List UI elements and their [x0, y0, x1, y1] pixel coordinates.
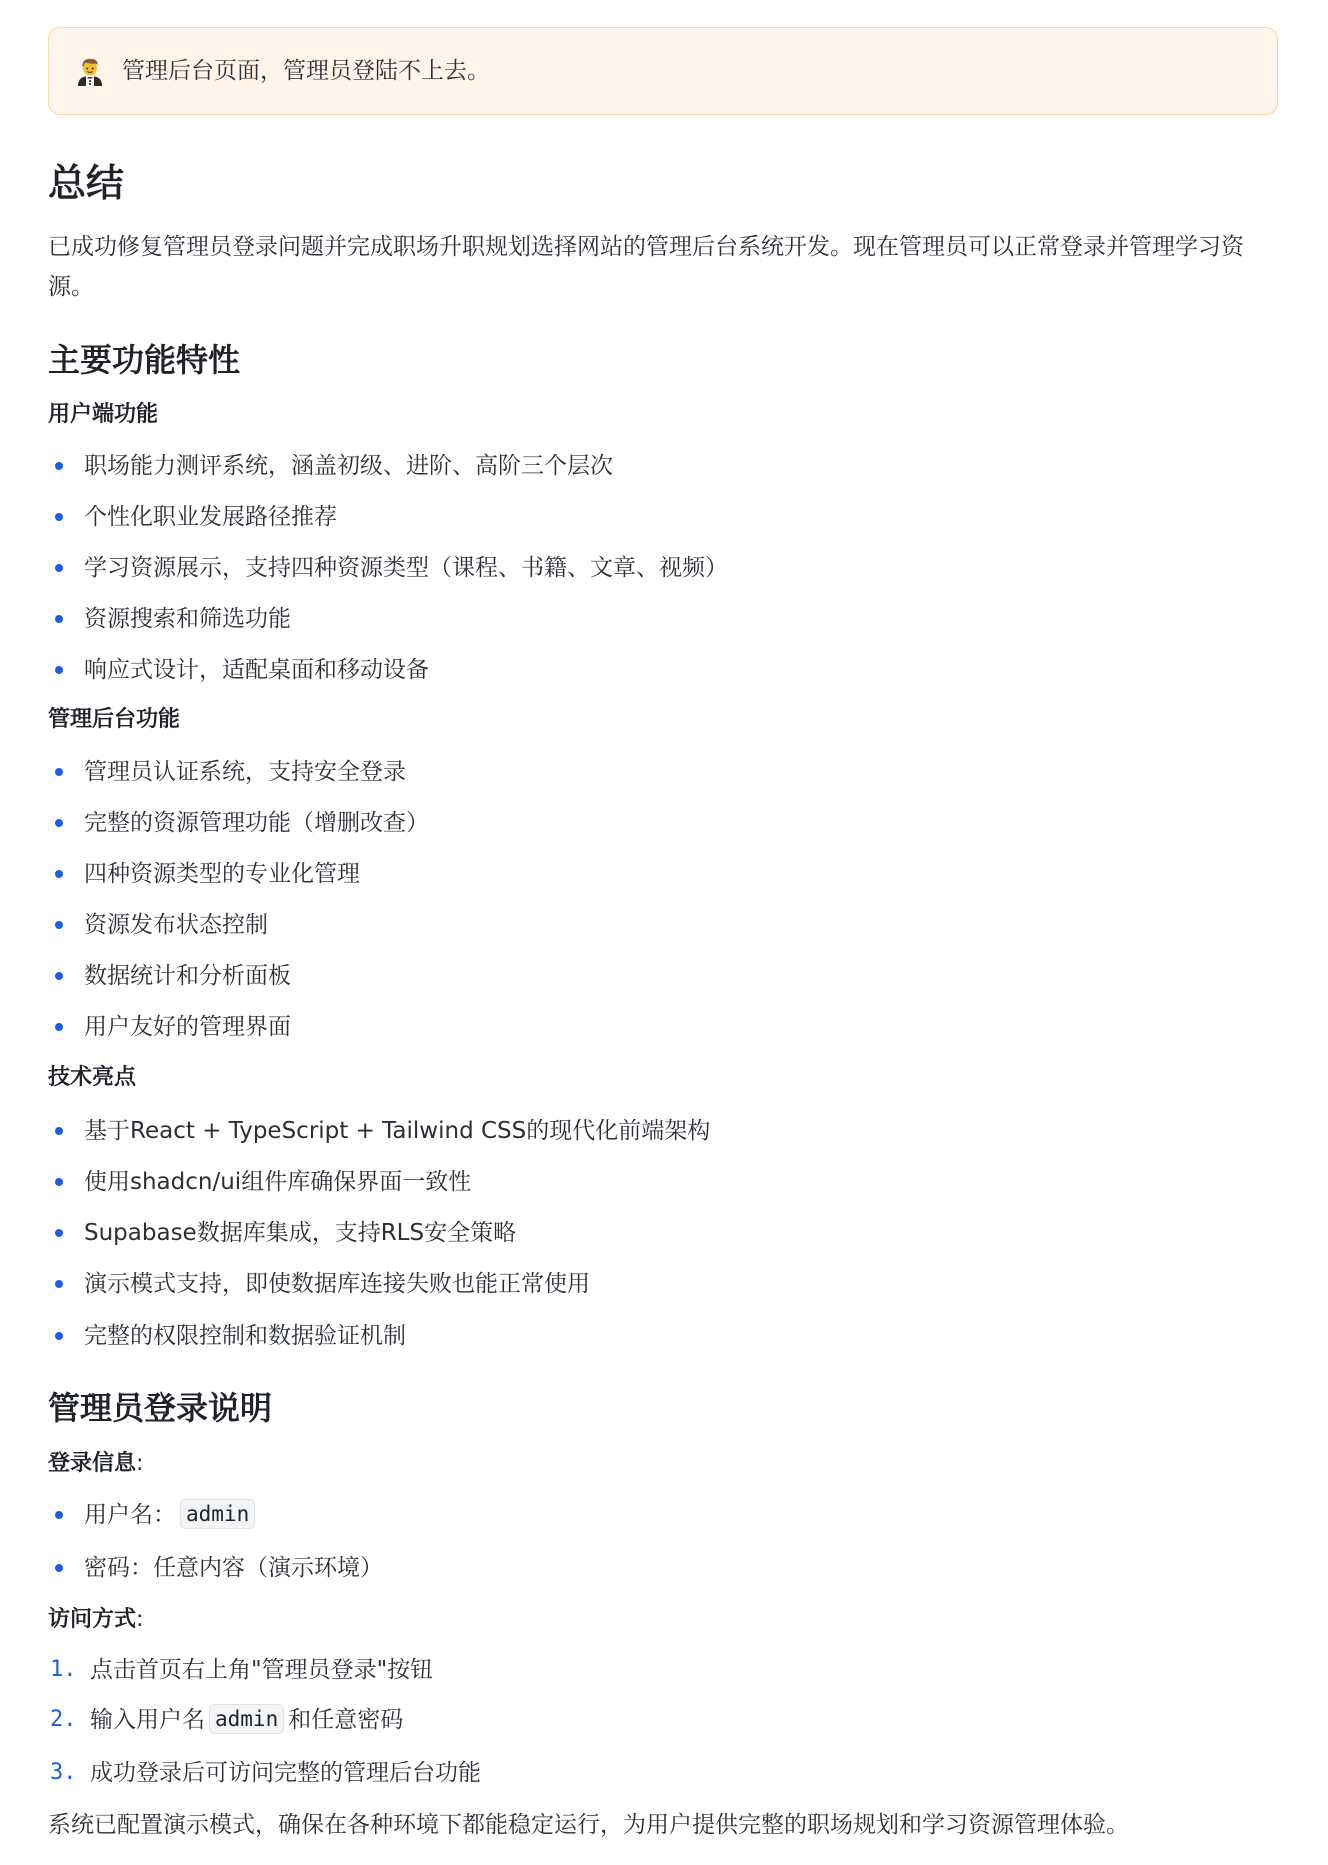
- heading-admin-login: 管理员登录说明: [48, 1385, 272, 1431]
- code-username: admin: [209, 1704, 284, 1734]
- user-message-notice: 管理后台页面，管理员登陆不上去。: [48, 27, 1278, 115]
- list-number: 1.: [50, 1650, 77, 1690]
- bullet-icon: [55, 615, 63, 623]
- subheading-login-info: 登录信息:: [48, 1447, 143, 1481]
- bullet-icon: [55, 1229, 63, 1237]
- bullet-icon: [55, 870, 63, 878]
- bullet-icon: [55, 1564, 63, 1572]
- bullet-icon: [55, 462, 63, 470]
- man-office-worker-emoji-icon: [75, 57, 105, 87]
- heading-summary: 总结: [48, 158, 124, 208]
- bullet-icon: [55, 513, 63, 521]
- bullet-icon: [55, 972, 63, 980]
- heading-features: 主要功能特性: [48, 337, 240, 383]
- bullet-icon: [55, 1280, 63, 1288]
- bullet-icon: [55, 1332, 63, 1340]
- bullet-icon: [55, 1178, 63, 1186]
- bullet-icon: [55, 819, 63, 827]
- subheading-access-method: 访问方式:: [48, 1603, 143, 1637]
- summary-paragraph: 已成功修复管理员登录问题并完成职场升职规划选择网站的管理后台系统开发。现在管理员…: [48, 227, 1278, 307]
- bullet-icon: [55, 666, 63, 674]
- bullet-icon: [55, 564, 63, 572]
- bullet-icon: [55, 1023, 63, 1031]
- code-username: admin: [180, 1499, 255, 1529]
- bullet-icon: [55, 1127, 63, 1135]
- bullet-icon: [55, 1511, 63, 1519]
- list-number: 3.: [50, 1753, 77, 1793]
- notice-text: 管理后台页面，管理员登陆不上去。: [122, 28, 490, 114]
- list-number: 2.: [50, 1700, 77, 1740]
- subheading-tech-highlights: 技术亮点: [48, 1061, 136, 1095]
- bullet-icon: [55, 921, 63, 929]
- subheading-admin-features: 管理后台功能: [48, 703, 180, 737]
- bullet-icon: [55, 768, 63, 776]
- closing-paragraph: 系统已配置演示模式，确保在各种环境下都能稳定运行，为用户提供完整的职场规划和学习…: [48, 1805, 1278, 1845]
- subheading-user-features: 用户端功能: [48, 398, 158, 432]
